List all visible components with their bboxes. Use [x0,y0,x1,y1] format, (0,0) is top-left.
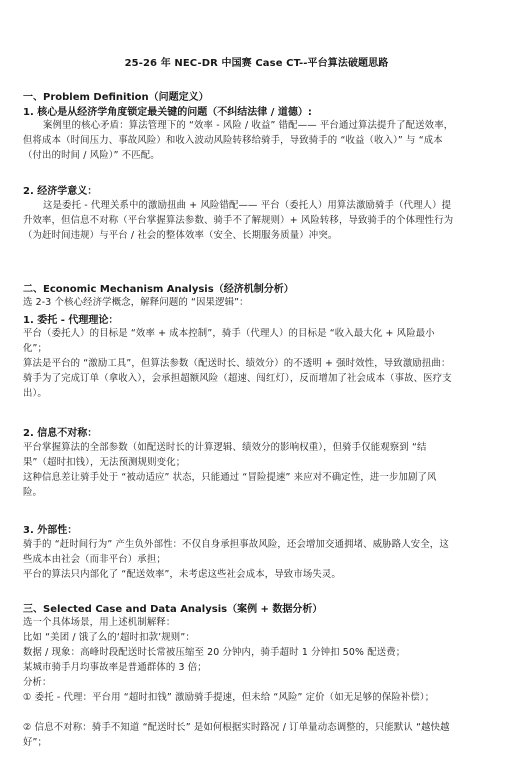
case-line-5: 分析： [23,675,463,690]
paragraph-economic-meaning: 这是委托 - 代理关系中的激励扭曲 + 风险错配—— 平台（委托人）用算法激励骑… [23,198,455,243]
paragraph-externality-behavior: 骑手的 “赶时间行为” 产生负外部性：不仅自身承担事故风险，还会增加交通拥堵、威… [23,537,455,567]
case-line-2: 比如 “美团 / 饿了么的‘超时扣款’规则”： [23,630,463,645]
document-title: 25-26 年 NEC-DR 中国赛 Case CT--平台算法破题思路 [0,54,513,69]
paragraph-externality-market-failure: 平台的算法只内部化了 “配送效率”，未考虑这些社会成本，导致市场失灵。 [23,567,455,582]
paragraph-info-asymmetry-params: 平台掌握算法的全部参数（如配送时长的计算逻辑、绩效分的影响权重），但骑手仅能观察… [23,440,455,470]
subheading-principal-agent: 1. 委托 - 代理理论： [23,311,118,326]
subheading-core-problem: 1. 核心是从经济学角度锁定最关键的问题（不纠结法律 / 道德）: [23,103,312,118]
paragraph-core-contradiction: 案例里的核心矛盾：算法管理下的 “效率 - 风险 / 收益” 错配—— 平台通过… [23,118,455,163]
subheading-externality: 3. 外部性： [23,521,77,536]
section-heading-problem-definition: 一、Problem Definition（问题定义） [23,88,209,103]
subheading-economic-meaning: 2. 经济学意义： [23,182,97,197]
paragraph-principal-agent-goals: 平台（委托人）的目标是 “效率 + 成本控制”，骑手（代理人）的目标是 “收入最… [23,326,455,356]
section-heading-case-data: 三、Selected Case and Data Analysis（案例 + 数… [23,600,322,615]
section-heading-economic-mechanism: 二、Economic Mechanism Analysis（经济机制分析） [23,280,294,295]
section-intro: 选 2-3 个核心经济学概念，解释问题的 “因果逻辑”： [23,295,463,310]
paragraph-info-asymmetry-effect: 这种信息差让骑手处于 “被动适应” 状态，只能通过 “冒险提速” 来应对不确定性… [23,470,455,500]
case-analysis-point-1: ① 委托 - 代理：平台用 “超时扣钱” 激励骑手提速，但未给 “风险” 定价（… [23,690,455,705]
subheading-information-asymmetry: 2. 信息不对称： [23,424,97,439]
case-line-4: 某城市骑手月均事故率是普通群体的 3 倍； [23,660,463,675]
case-line-3: 数据 / 现象：高峰时段配送时长常被压缩至 20 分钟内，骑手超时 1 分钟扣 … [23,645,463,660]
paragraph-principal-agent-incentive: 算法是平台的 “激励工具”，但算法参数（配送时长、绩效分）的不透明 + 强时效性… [23,356,455,401]
document-page: 25-26 年 NEC-DR 中国赛 Case CT--平台算法破题思路 一、P… [0,0,513,780]
case-analysis-point-2: ② 信息不对称：骑手不知道 “配送时长” 是如何根据实时路况 / 订单量动态调整… [23,720,455,750]
case-line-1: 选一个具体场景，用上述机制解释： [23,615,463,630]
